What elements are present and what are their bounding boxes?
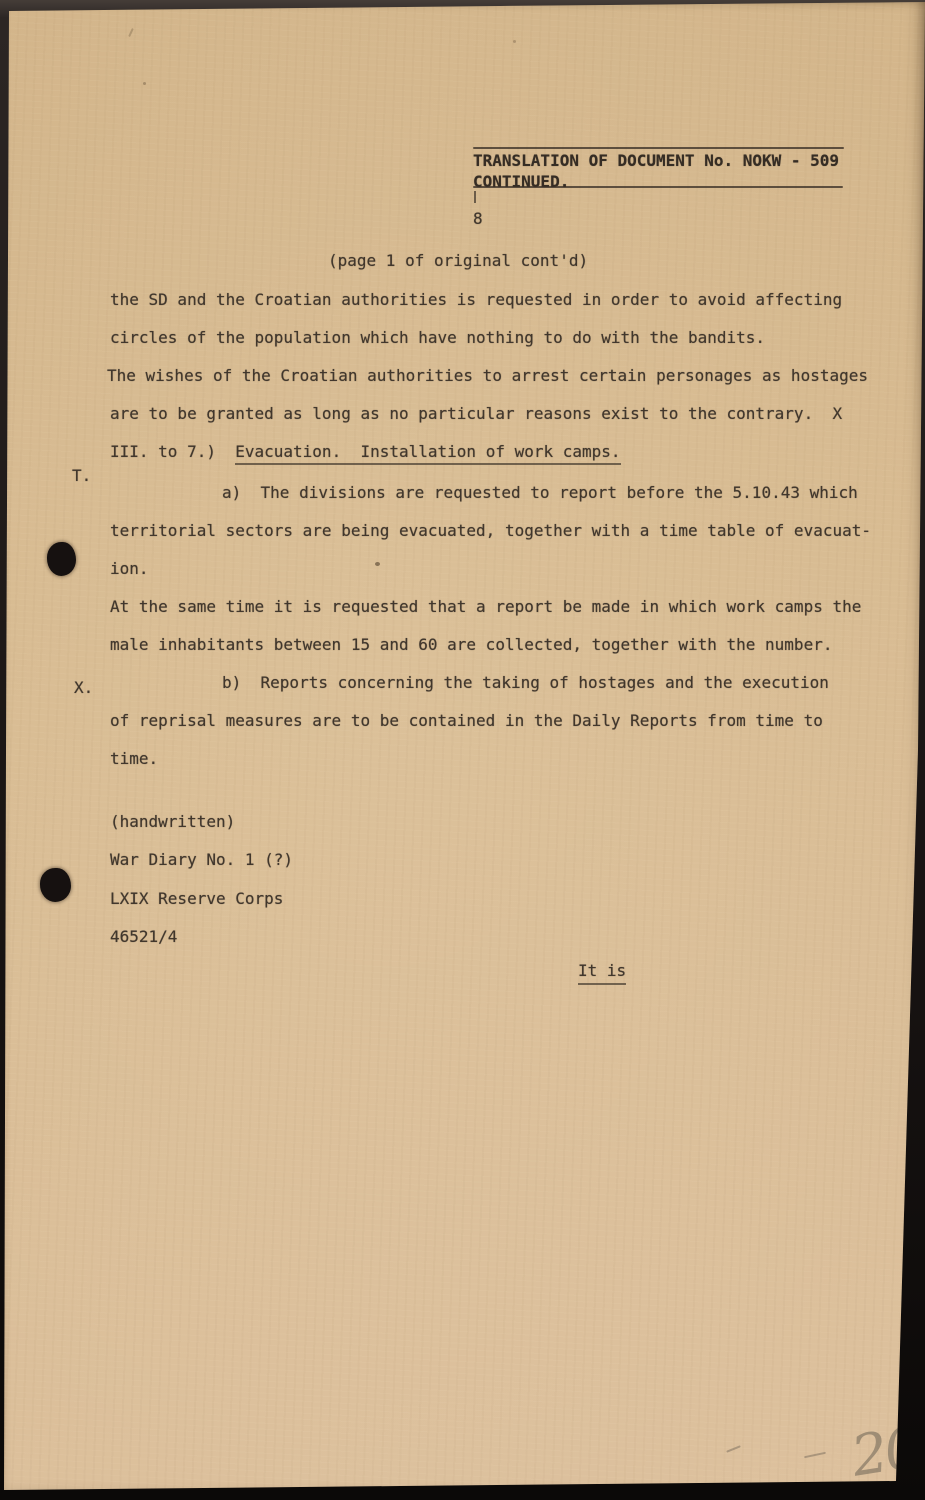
section-heading-line: III. to 7.) Evacuation. Installation of … bbox=[110, 442, 621, 462]
continuation-catchword: It is bbox=[578, 961, 626, 981]
paper-fiber-mark bbox=[128, 28, 134, 37]
corps-line: LXIX Reserve Corps bbox=[110, 889, 283, 909]
body-line: territorial sectors are being evacuated,… bbox=[110, 521, 871, 541]
header-overline bbox=[473, 147, 844, 149]
page-reference-note: (page 1 of original cont'd) bbox=[328, 251, 588, 271]
section-number: III. to 7.) bbox=[110, 442, 235, 461]
header-title: TRANSLATION OF DOCUMENT No. NOKW - 509 bbox=[473, 151, 839, 171]
body-line: male inhabitants between 15 and 60 are c… bbox=[110, 635, 832, 655]
item-b-line: b) Reports concerning the taking of host… bbox=[222, 673, 829, 693]
paper-speck bbox=[143, 82, 146, 85]
paper-speck bbox=[375, 562, 380, 566]
item-a-line: a) The divisions are requested to report… bbox=[222, 483, 858, 503]
scan-background: TRANSLATION OF DOCUMENT No. NOKW - 509 C… bbox=[0, 0, 925, 1500]
body-line: of reprisal measures are to be contained… bbox=[110, 711, 823, 731]
paper-speck bbox=[513, 40, 516, 43]
hole-punch-bottom bbox=[40, 868, 71, 902]
body-line: are to be granted as long as no particul… bbox=[110, 404, 842, 424]
header-continued: CONTINUED. bbox=[473, 172, 569, 192]
stray-tick-mark bbox=[474, 191, 476, 203]
body-line: the SD and the Croatian authorities is r… bbox=[110, 290, 842, 310]
document-number-line: 46521/4 bbox=[110, 927, 177, 947]
body-line: At the same time it is requested that a … bbox=[110, 597, 861, 617]
header-underline bbox=[473, 186, 843, 188]
page-number: 8 bbox=[473, 209, 483, 229]
margin-mark-x: X. bbox=[74, 678, 93, 698]
pencil-page-number: 20 bbox=[847, 1415, 922, 1489]
body-line: time. bbox=[110, 749, 158, 769]
handwritten-note-label: (handwritten) bbox=[110, 812, 235, 832]
hole-punch-top bbox=[47, 542, 76, 576]
body-line: circles of the population which have not… bbox=[110, 328, 765, 348]
war-diary-line: War Diary No. 1 (?) bbox=[110, 850, 293, 870]
section-heading: Evacuation. Installation of work camps. bbox=[235, 442, 620, 465]
document-page: TRANSLATION OF DOCUMENT No. NOKW - 509 C… bbox=[0, 0, 925, 1500]
pencil-dash bbox=[804, 1452, 826, 1459]
catchword-text: It is bbox=[578, 961, 626, 985]
pencil-dash bbox=[726, 1445, 741, 1452]
body-line: The wishes of the Croatian authorities t… bbox=[107, 366, 868, 386]
body-line: ion. bbox=[110, 559, 149, 579]
margin-mark-t: T. bbox=[72, 466, 91, 486]
